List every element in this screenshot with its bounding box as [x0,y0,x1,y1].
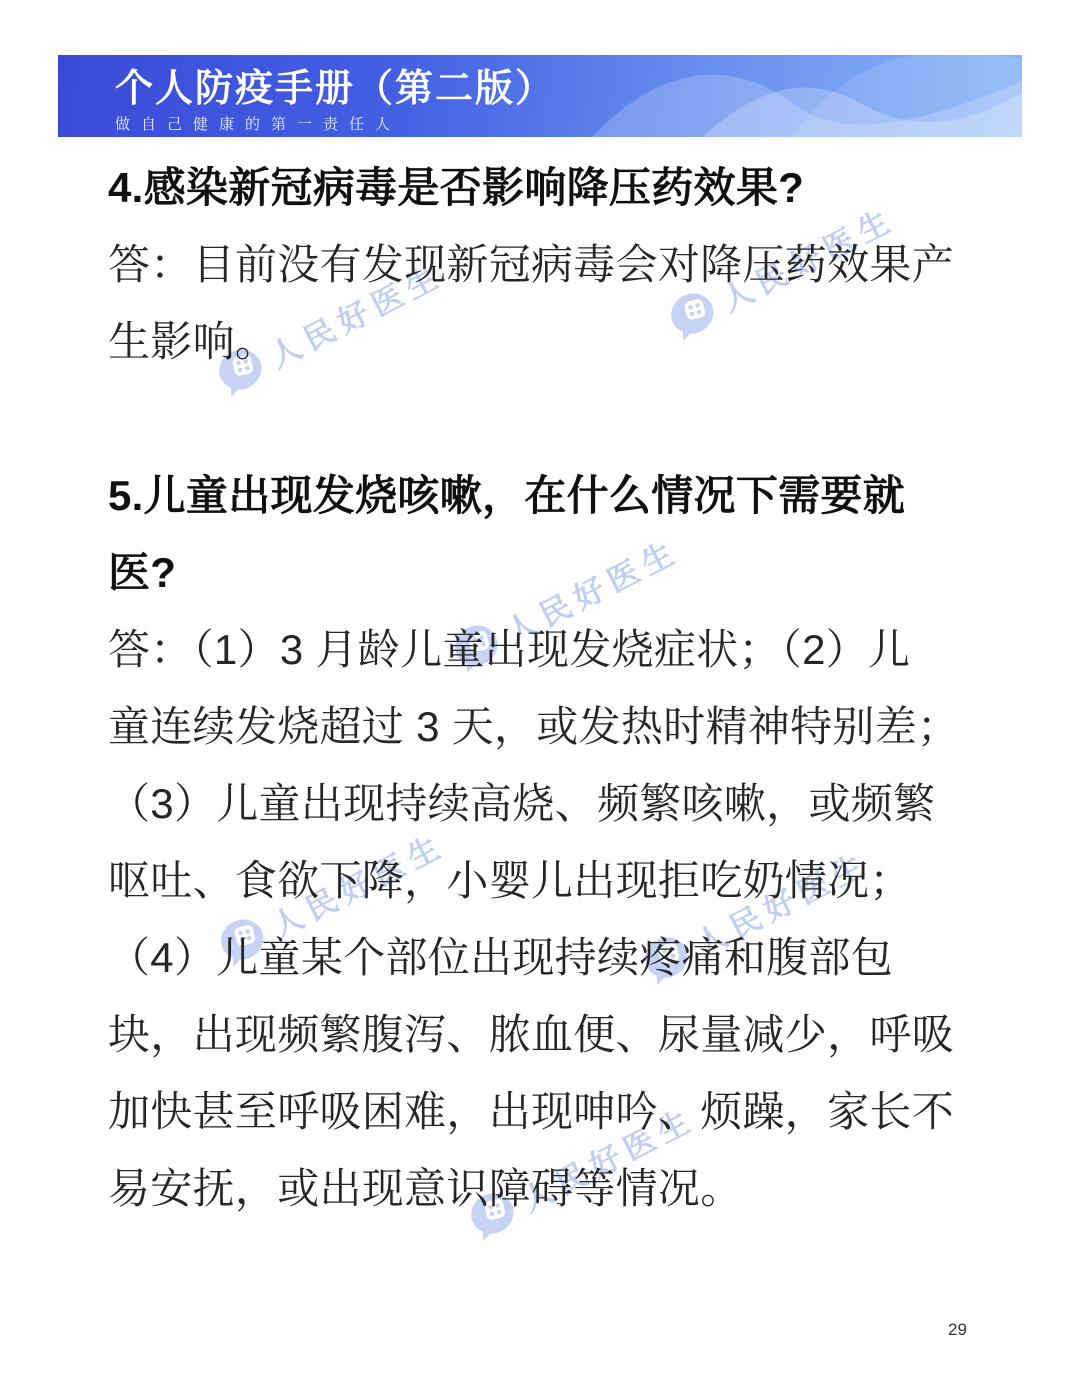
question-5-heading-line-1: 5.儿童出现发烧咳嗽，在什么情况下需要就 [108,454,988,531]
answer-5-line-7: 加快甚至呼吸困难，出现呻吟、烦躁，家长不 [108,1070,988,1147]
section-gap [108,377,988,454]
page-content: 4.感染新冠病毒是否影响降压药效果? 答：目前没有发现新冠病毒会对降压药效果产 … [108,146,988,1224]
answer-5-line-3: （3）儿童出现持续高烧、频繁咳嗽，或频繁 [108,762,988,839]
banner-text-block: 个人防疫手册（第二版） 做自己健康的第一责任人 [115,67,555,134]
handbook-subtitle: 做自己健康的第一责任人 [115,113,555,134]
question-4-heading: 4.感染新冠病毒是否影响降压药效果? [108,146,988,223]
answer-5-line-8: 易安抚，或出现意识障碍等情况。 [108,1147,988,1224]
answer-5-line-5: （4）儿童某个部位出现持续疼痛和腹部包 [108,916,988,993]
answer-5-line-1: 答：（1）3 月龄儿童出现发烧症状；（2）儿 [108,608,988,685]
answer-4-line-1: 答：目前没有发现新冠病毒会对降压药效果产 [108,223,988,300]
banner-wave-decoration [552,55,1022,137]
handbook-page: 个人防疫手册（第二版） 做自己健康的第一责任人 人民好医生 [0,0,1080,1385]
answer-5-line-4: 呕吐、食欲下降，小婴儿出现拒吃奶情况； [108,839,988,916]
answer-5-line-6: 块，出现频繁腹泻、脓血便、尿量减少，呼吸 [108,993,988,1070]
handbook-title: 个人防疫手册（第二版） [115,67,555,111]
answer-4-line-2: 生影响。 [108,300,988,377]
answer-5-line-2: 童连续发烧超过 3 天，或发热时精神特别差； [108,685,988,762]
header-banner: 个人防疫手册（第二版） 做自己健康的第一责任人 [58,55,1022,137]
page-number: 29 [948,1320,967,1340]
question-5-heading-line-2: 医? [108,531,988,608]
